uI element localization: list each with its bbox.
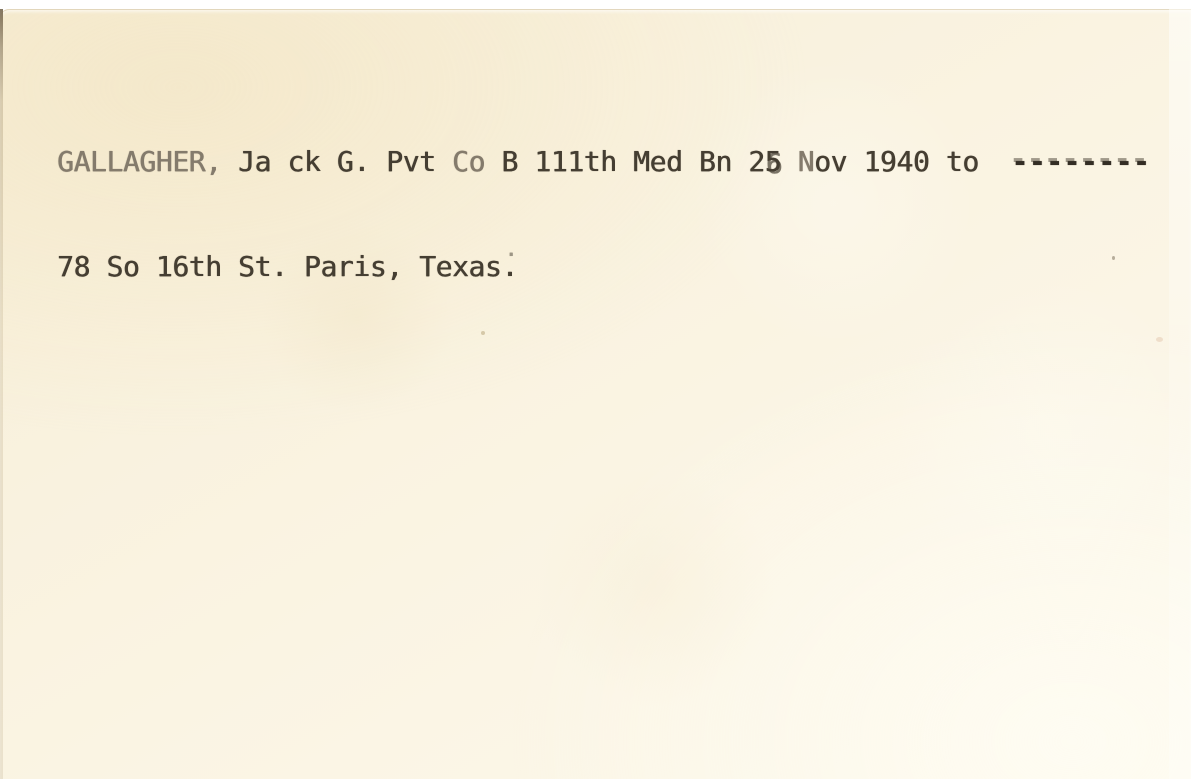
month-year-to-text: ov 1940 to <box>814 145 1012 178</box>
given-name-rank-text: Ja ck G. Pvt <box>238 145 452 178</box>
surname-text: GALLAGHER, <box>57 145 238 178</box>
address-text: 78 So 16th St. Paris, Texas <box>57 250 501 283</box>
scanned-page: GALLAGHER, Ja ck G. Pvt Co B 111th Med B… <box>0 0 1191 779</box>
day-digit-ghost-text: 6 <box>766 146 782 181</box>
company-text: Co <box>452 145 501 178</box>
punct-ghost-text: · <box>504 238 517 273</box>
paper-speck <box>1156 337 1163 342</box>
overstruck-day-digit: 56 <box>765 144 781 179</box>
typed-text-block: GALLAGHER, Ja ck G. Pvt Co B 111th Med B… <box>57 74 1150 354</box>
unit-text: B 111th Med Bn 2 <box>501 145 764 178</box>
dash-run: -------- <box>1012 145 1151 178</box>
service-record-line: GALLAGHER, Ja ck G. Pvt Co B 111th Med B… <box>57 144 1150 179</box>
address-line: 78 So 16th St. Paris, Texas.· <box>57 249 1150 284</box>
month-initial-text: N <box>781 145 814 178</box>
index-card: GALLAGHER, Ja ck G. Pvt Co B 111th Med B… <box>0 9 1191 779</box>
card-left-edge-shadow <box>0 9 3 779</box>
overstruck-punctuation: .· <box>501 249 517 284</box>
